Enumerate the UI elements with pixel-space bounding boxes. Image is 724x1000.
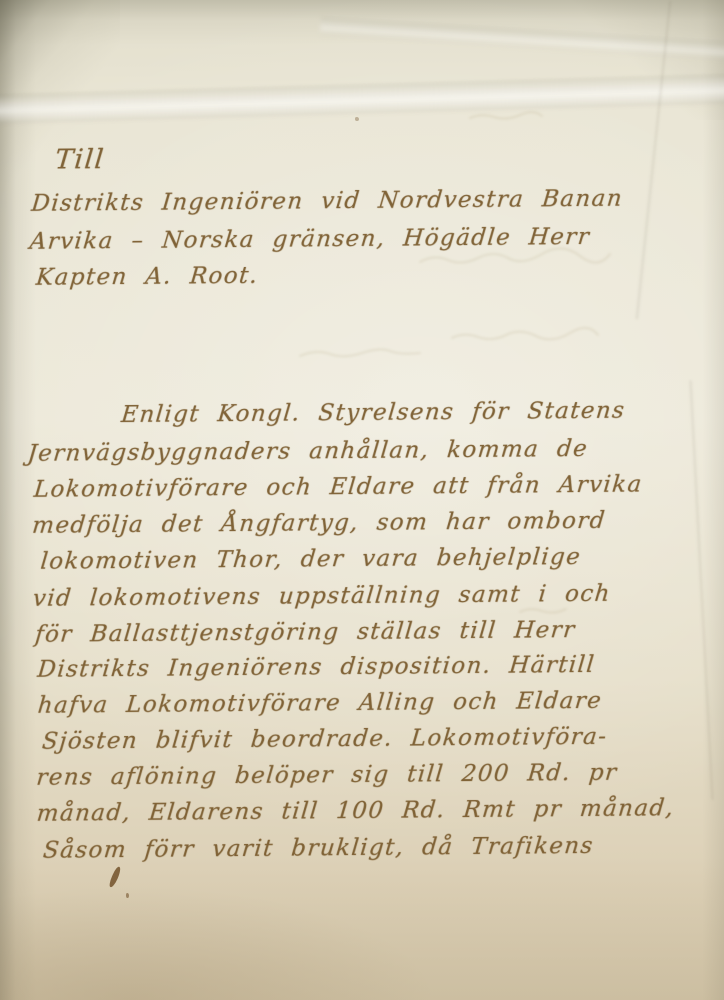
body-line: rens aflöning belöper sig till 200 Rd. p… — [35, 760, 618, 791]
address-line: Distrikts Ingeniören vid Nordvestra Bana… — [30, 186, 624, 217]
body-line: Jernvägsbyggnaders anhållan, komma de — [26, 436, 589, 467]
body-line: Såsom förr varit brukligt, då Trafikens — [42, 833, 595, 864]
salutation: Till — [54, 144, 107, 175]
body-line: Enligt Kongl. Styrelsens för Statens — [120, 398, 627, 428]
body-line: vid lokomotivens uppställning samt i och — [32, 581, 612, 612]
body-line: månad, Eldarens till 100 Rd. Rmt pr måna… — [35, 795, 675, 827]
body-line: medfölja det Ångfartyg, som har ombord — [31, 508, 607, 539]
photographed-letter-scene: Till Distrikts Ingeniören vid Nordvestra… — [0, 0, 724, 1000]
handwritten-text: Till Distrikts Ingeniören vid Nordvestra… — [0, 0, 724, 1000]
body-line: för Ballasttjenstgöring ställas till Her… — [34, 617, 577, 648]
body-line: Distrikts Ingeniörens disposition. Härti… — [36, 652, 596, 683]
address-line: Kapten A. Root. — [35, 263, 260, 291]
body-line: Sjösten blifvit beordrade. Lokomotivföra… — [41, 724, 609, 755]
address-line: Arvika – Norska gränsen, Högädle Herr — [28, 224, 591, 255]
body-line: lokomotiven Thor, der vara behjelplige — [39, 544, 582, 575]
body-line: hafva Lokomotivförare Alling och Eldare — [37, 688, 604, 719]
body-line: Lokomotivförare och Eldare att från Arvi… — [33, 472, 644, 503]
